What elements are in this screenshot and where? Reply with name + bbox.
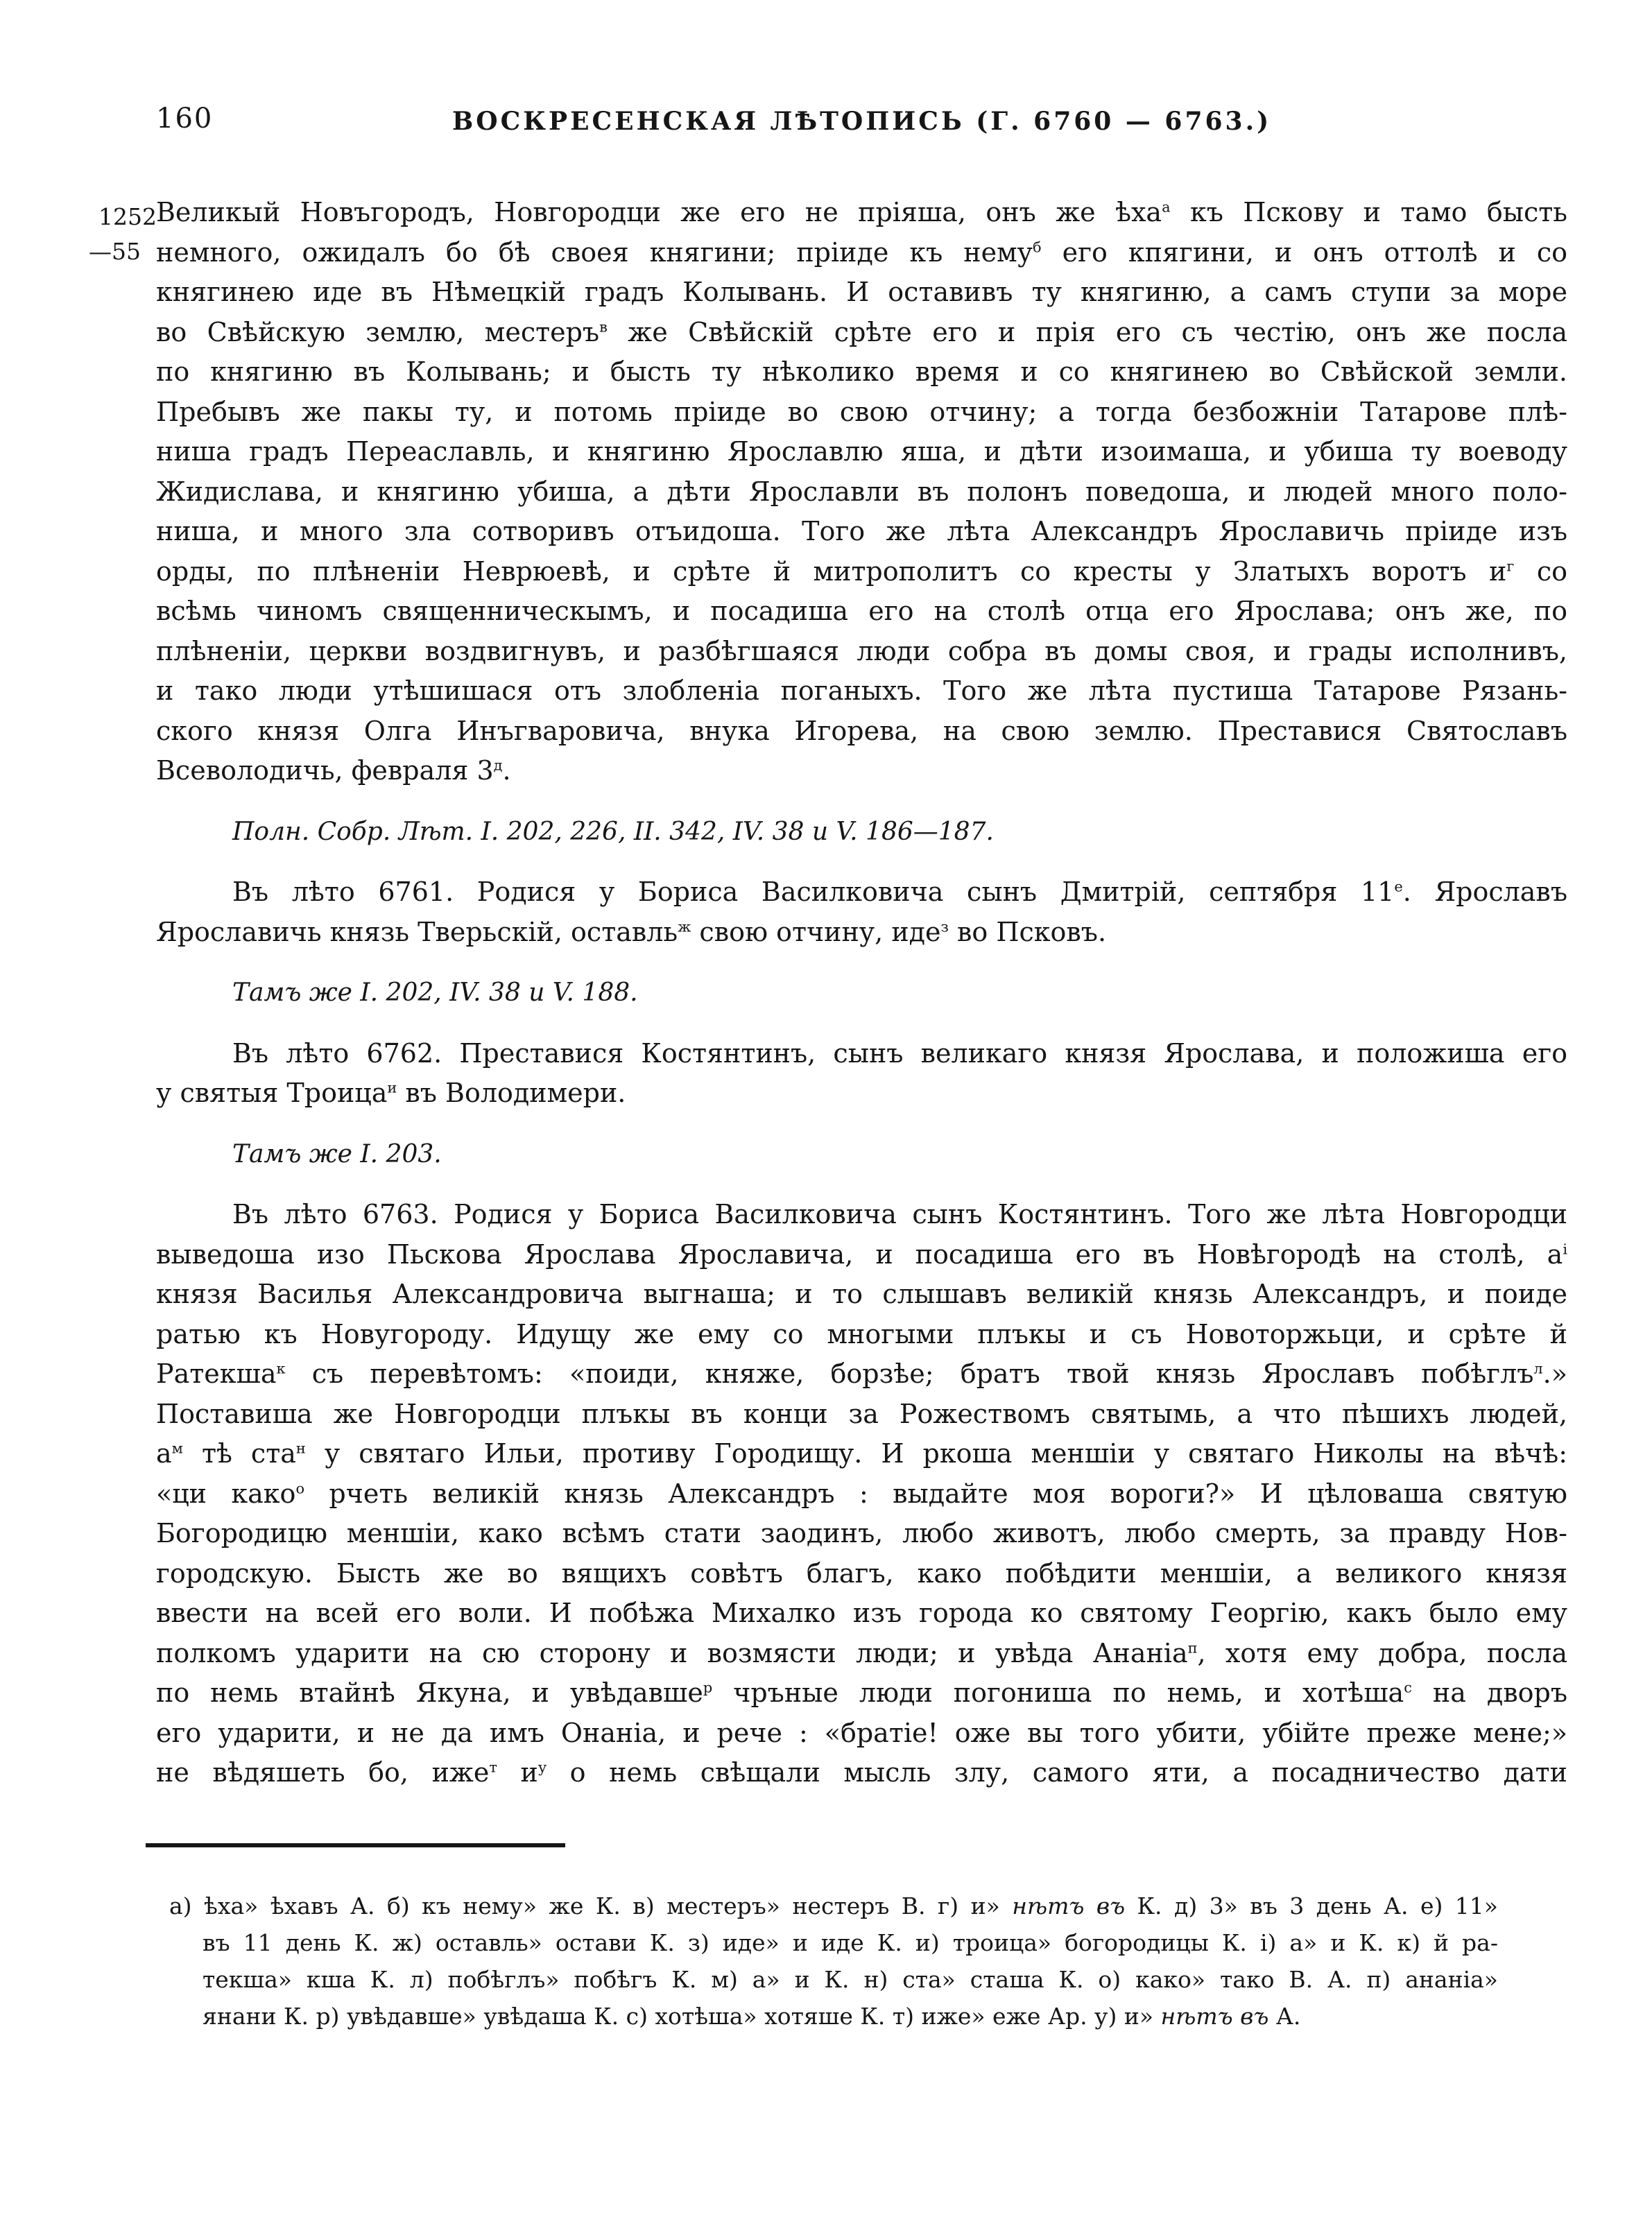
text-line: у святыя Троицаи въ Володимери. bbox=[156, 1073, 1567, 1114]
text-line: орды, по плѣненіи Неврюевѣ, и срѣте й ми… bbox=[156, 552, 1567, 592]
margin-year-start: 1252 bbox=[89, 200, 155, 234]
text-line: Всеволодичь, февраля 3д. bbox=[156, 751, 1567, 791]
text-line: не вѣдяшеть бо, ижет иу о немь свѣщали м… bbox=[156, 1753, 1567, 1793]
text-line: Ярославичь князь Тверьскій, оставльж сво… bbox=[156, 913, 1567, 953]
text-line: немного, ожидалъ бо бѣ своея княгини; пр… bbox=[156, 233, 1567, 273]
footnote-reference: о bbox=[295, 1480, 304, 1496]
text-line: князя Василья Александровича выгнаша; и … bbox=[156, 1275, 1567, 1315]
text-line: выведоша изо Пьскова Ярослава Ярославича… bbox=[156, 1235, 1567, 1275]
footnote-reference: д bbox=[494, 757, 503, 773]
chronicle-entry: Въ лѣто 6763. Родися у Бориса Василкович… bbox=[156, 1195, 1567, 1793]
footnote-reference: л bbox=[1533, 1360, 1542, 1377]
margin-year-note: 1252 —55 bbox=[89, 200, 155, 269]
footnote-reference: с bbox=[1404, 1679, 1412, 1695]
text-line: по княгиню въ Колывань; и бысть ту нѣкол… bbox=[156, 352, 1567, 392]
text-line: ратью къ Новугороду. Идущу же ему со мно… bbox=[156, 1315, 1567, 1355]
footnote-reference: к bbox=[276, 1360, 285, 1377]
footnote-reference: в bbox=[599, 318, 608, 335]
text-line: городскую. Бысть же во вящихъ совѣтъ бла… bbox=[156, 1554, 1567, 1594]
text-line: ввести на всей его воли. И побѣжа Михалк… bbox=[156, 1594, 1567, 1634]
text-line: «ци какоо рчеть великій князь Александръ… bbox=[156, 1474, 1567, 1515]
footnote-reference: б bbox=[1033, 239, 1042, 255]
footnote-reference: з bbox=[941, 918, 949, 935]
text-line: Поставиша же Новгородци плъкы въ конци з… bbox=[156, 1395, 1567, 1435]
text-line: Въ лѣто 6762. Преставися Костянтинъ, сын… bbox=[156, 1034, 1567, 1074]
text-line: всѣмь чиномъ священническымъ, и посадиша… bbox=[156, 592, 1567, 632]
footnote-line: янани К. р) увѣдавше» увѣдаша К. с) хотѣ… bbox=[203, 1998, 1498, 2035]
book-page: 160 ВОСКРЕСЕНСКАЯ ЛѢТОПИСЬ (Г. 6760 — 67… bbox=[0, 0, 1652, 2235]
footnote-reference: н bbox=[296, 1440, 306, 1456]
text-line: Богородицю меншіи, како всѣмъ стати заод… bbox=[156, 1514, 1567, 1554]
text-line: Великый Новъгородъ, Новгородци же его не… bbox=[156, 193, 1567, 233]
footnote-reference: а bbox=[1162, 198, 1170, 215]
text-line: ниша, и много зла сотворивъ отъидоша. То… bbox=[156, 512, 1567, 552]
footnote-reference: т bbox=[489, 1759, 497, 1775]
text-line: Жидислава, и княгиню убиша, а дѣти Яросл… bbox=[156, 472, 1567, 512]
footnote-separator-rule bbox=[146, 1843, 565, 1847]
footnote-reference: м bbox=[172, 1440, 183, 1456]
italic-text: нѣтъ въ bbox=[1161, 2003, 1269, 2030]
footnote-reference: и bbox=[387, 1079, 397, 1096]
text-line: княгинею иде въ Нѣмецкій градъ Колывань.… bbox=[156, 273, 1567, 313]
footnote-reference: е bbox=[1394, 878, 1402, 895]
text-line: Пребывъ же пакы ту, и потомь пріиде во с… bbox=[156, 392, 1567, 433]
text-line: ского князя Олга Инъгваровича, внука Иго… bbox=[156, 711, 1567, 752]
footnote-reference: р bbox=[703, 1679, 712, 1695]
text-line: Въ лѣто 6763. Родися у Бориса Василкович… bbox=[156, 1195, 1567, 1235]
footnote-reference: ж bbox=[678, 918, 691, 935]
footnote-reference: п bbox=[1188, 1639, 1198, 1656]
chronicle-entry: Великый Новъгородъ, Новгородци же его не… bbox=[156, 193, 1567, 791]
footnote-reference: і bbox=[1563, 1241, 1567, 1257]
chronicle-text-block: Великый Новъгородъ, Новгородци же его не… bbox=[156, 193, 1567, 1793]
text-line: ниша градъ Переаславль, и княгиню Яросла… bbox=[156, 432, 1567, 472]
text-line: ам тѣ стан у святаго Ильи, противу Город… bbox=[156, 1434, 1567, 1474]
source-citation: Тамъ же I. 203. bbox=[156, 1134, 1567, 1175]
italic-text: нѣтъ въ bbox=[1012, 1892, 1125, 1919]
chronicle-entry: Въ лѣто 6761. Родися у Бориса Василкович… bbox=[156, 872, 1567, 952]
footnote-line: текша» кша К. л) побѣглъ» побѣгъ К. м) а… bbox=[203, 1961, 1498, 1998]
text-line: Ратекшак съ перевѣтомъ: «поиди, княже, б… bbox=[156, 1354, 1567, 1395]
chronicle-entry: Въ лѣто 6762. Преставися Костянтинъ, сын… bbox=[156, 1034, 1567, 1114]
text-line: по немь втайнѣ Якуна, и увѣдавшер чръные… bbox=[156, 1673, 1567, 1714]
running-title: ВОСКРЕСЕНСКАЯ ЛѢТОПИСЬ (Г. 6760 — 6763.) bbox=[156, 107, 1567, 136]
source-citation: Полн. Собр. Лѣт. I. 202, 226, II. 342, I… bbox=[156, 812, 1567, 852]
text-line: Въ лѣто 6761. Родися у Бориса Василкович… bbox=[156, 872, 1567, 913]
text-line: его ударити, и не да имъ Онаніа, и рече … bbox=[156, 1714, 1567, 1754]
footnote-reference: г bbox=[1506, 558, 1514, 574]
margin-year-end: —55 bbox=[89, 234, 155, 269]
footnote-line: въ 11 день К. ж) оставль» остави К. з) и… bbox=[203, 1924, 1498, 1961]
text-line: и тако люди утѣшишася отъ злобленіа пога… bbox=[156, 671, 1567, 711]
text-line: во Свѣйскую землю, местеръв же Свѣйскій … bbox=[156, 313, 1567, 353]
text-line: полкомъ ударити на сю сторону и возмясти… bbox=[156, 1634, 1567, 1674]
footnote-reference: у bbox=[538, 1759, 547, 1775]
footnote-line: а) ѣха» ѣхавъ А. б) къ нему» же К. в) ме… bbox=[203, 1888, 1498, 1924]
source-citation: Тамъ же I. 202, IV. 38 и V. 188. bbox=[156, 973, 1567, 1013]
footnotes-block: а) ѣха» ѣхавъ А. б) къ нему» же К. в) ме… bbox=[203, 1888, 1498, 2035]
text-line: плѣненіи, церкви воздвигнувъ, и разбѣгша… bbox=[156, 632, 1567, 672]
